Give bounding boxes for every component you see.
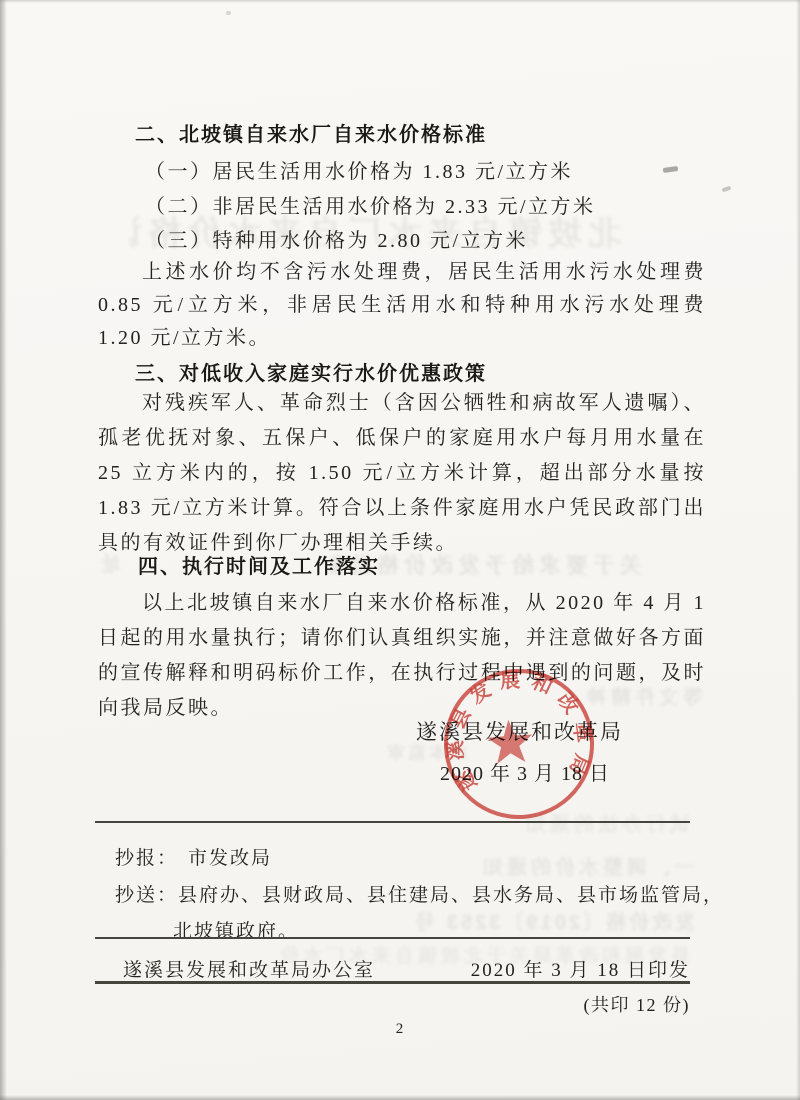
scan-speck (663, 166, 679, 173)
cc-report-row: 抄报：市发改局 (115, 843, 272, 870)
cc-report-value: 市发改局 (188, 848, 272, 869)
scanned-page: 北坡镇自来水厂自来水价格调整 关于要求给予发改价格批复 址 等文件精神 成本监审… (0, 0, 800, 1100)
implementation-paragraph: 以上北坡镇自来水厂自来水价格标准，从 2020 年 4 月 1 日起的用水量执行… (98, 586, 706, 726)
cc-send-row: 抄送：县府办、县财政局、县住建局、县水务局、县市场监管局， (115, 880, 724, 907)
scan-edge-top (0, 0, 800, 3)
price-item-special: （三）特种用水价格为 2.80 元/立方米 (145, 224, 528, 253)
sewage-fee-note: 上述水价均不含污水处理费，居民生活用水污水处理费 0.85 元/立方米，非居民生… (98, 256, 706, 355)
page-number: 2 (0, 1021, 800, 1038)
price-item-nonresidential: （二）非居民生活用水价格为 2.33 元/立方米 (145, 190, 596, 219)
scan-edge-left (0, 0, 7, 1100)
separator-line (95, 937, 690, 939)
section-3-heading: 三、对低收入家庭实行水价优惠政策 (135, 357, 487, 386)
scan-edge-right (796, 0, 800, 1100)
scan-speck (226, 11, 231, 15)
scan-edge-bottom (0, 1095, 800, 1100)
discount-policy-paragraph: 对残疾军人、革命烈士（含因公牺牲和病故军人遗嘱）、孤老优抚对象、五保户、低保户的… (98, 386, 706, 561)
bleed-through-text: 一、调整水价的通知 (430, 851, 695, 880)
section-4-heading: 四、执行时间及工作落实 (138, 550, 380, 579)
footer-office: 遂溪县发展和改革局办公室 (123, 955, 375, 982)
footer-print-date: 2020 年 3 月 18 日印发 (471, 955, 690, 982)
price-item-residential: （一）居民生活用水价格为 1.83 元/立方米 (145, 155, 573, 184)
section-2-heading: 二、北坡镇自来水厂自来水价格标准 (135, 118, 487, 147)
signature-date: 2020 年 3 月 18 日 (440, 757, 610, 786)
separator-line (95, 821, 690, 823)
cc-send-label: 抄送： (115, 885, 178, 906)
cc-send-list: 县府办、县财政局、县住建局、县水务局、县市场监管局， (178, 885, 724, 906)
scan-speck (722, 186, 732, 193)
separator-line (95, 981, 690, 984)
signature-org: 遂溪县发展和改革局 (416, 716, 623, 746)
bleed-through-text: 发改价格〔2019〕3253 号 (415, 906, 695, 935)
cc-report-label: 抄报： (115, 848, 178, 869)
copies-note: (共印 12 份) (95, 991, 690, 1017)
